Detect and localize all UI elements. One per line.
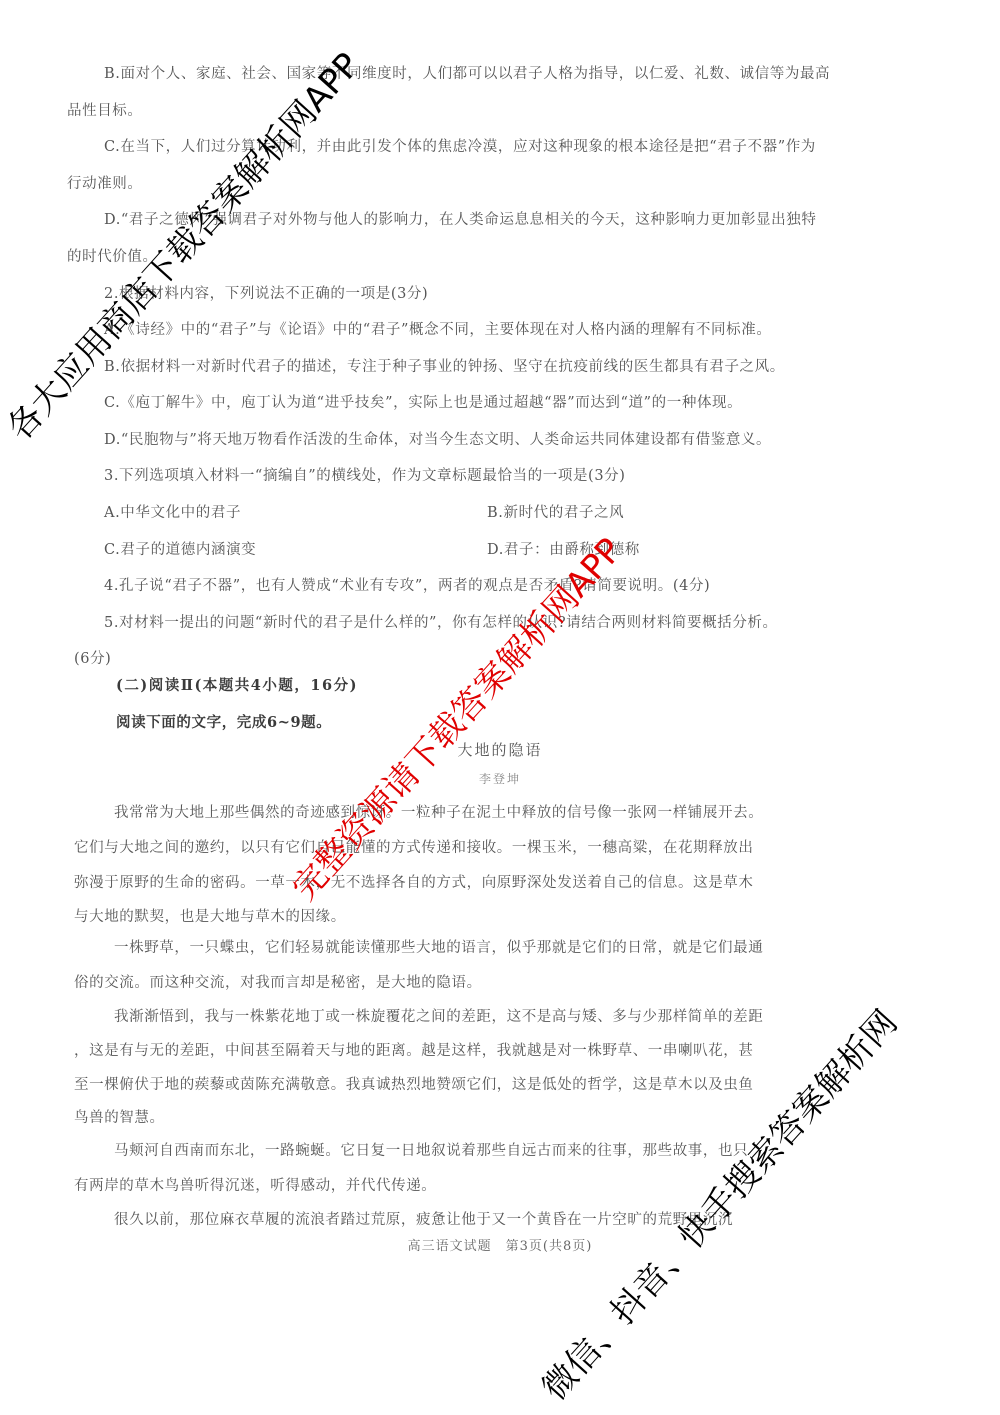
q2-option-c: C.《庖丁解牛》中，庖丁认为道“进乎技矣”，实际上也是通过超越“器”而达到“道”…: [104, 393, 979, 413]
article-line: 马颊河自西南而东北，一路蜿蜒。它日复一日地叙说着那些自远古而来的往事，那些故事，…: [114, 1141, 989, 1161]
section-heading: (二)阅读Ⅱ(本题共4小题，16分): [116, 676, 991, 696]
article-line: 鸟兽的智慧。: [74, 1108, 949, 1128]
q3-option-b: B.新时代的君子之风: [487, 503, 624, 523]
q1-option-d-cont: 的时代价值。: [67, 247, 942, 267]
article-title: 大地的隐语: [0, 739, 1000, 760]
article-line: 很久以前，那位麻衣草履的流浪者踏过荒原，疲惫让他于又一个黄昏在一片空旷的荒野里沉…: [114, 1210, 989, 1230]
article-line: 我常常为大地上那些偶然的奇迹感到惊讶。一粒种子在泥土中释放的信号像一张网一样铺展…: [114, 803, 989, 823]
article-line: 与大地的默契，也是大地与草木的因缘。: [74, 907, 949, 927]
article-line: ，这是有与无的差距，中间甚至隔着天与地的距离。越是这样，我就越是对一株野草、一串…: [74, 1041, 949, 1061]
q4-stem: 4.孔子说“君子不器”，也有人赞成“术业有专攻”，两者的观点是否矛盾?请简要说明…: [104, 576, 979, 596]
q1-option-b: B.面对个人、家庭、社会、国家等不同维度时，人们都可以以君子人格为指导，以仁爱、…: [104, 64, 979, 84]
q1-option-b-cont: 品性目标。: [67, 101, 942, 121]
section-instruction: 阅读下面的文字，完成6~9题。: [116, 713, 991, 733]
exam-page: B.面对个人、家庭、社会、国家等不同维度时，人们都可以以君子人格为指导，以仁爱、…: [0, 0, 1000, 1415]
q3-option-a: A.中华文化中的君子: [104, 503, 241, 523]
article-line: 一株野草，一只蝶虫，它们轻易就能读懂那些大地的语言，似乎那就是它们的日常，就是它…: [114, 938, 989, 958]
q3-option-c: C.君子的道德内涵演变: [104, 540, 256, 560]
q5-points: (6分): [74, 649, 949, 669]
q1-option-d: D.“君子之德风”强调君子对外物与他人的影响力，在人类命运息息相关的今天，这种影…: [104, 210, 979, 230]
q2-option-b: B.依据材料一对新时代君子的描述，专注于种子事业的钟扬、坚守在抗疫前线的医生都具…: [104, 357, 979, 377]
article-line: 有两岸的草木鸟兽听得沉迷，听得感动，并代代传递。: [74, 1176, 949, 1196]
q2-option-a: A.《诗经》中的“君子”与《论语》中的“君子”概念不同，主要体现在对人格内涵的理…: [104, 320, 979, 340]
article-line: 我渐渐悟到，我与一株紫花地丁或一株旋覆花之间的差距，这不是高与矮、多与少那样简单…: [114, 1007, 989, 1027]
q2-stem: 2.根据材料内容，下列说法不正确的一项是(3分): [104, 284, 979, 304]
q3-option-d: D.君子：由爵称到德称: [487, 540, 640, 560]
article-line: 它们与大地之间的邀约，以只有它们自己能懂的方式传递和接收。一棵玉米，一穗高粱，在…: [74, 838, 949, 858]
q1-option-c: C.在当下，人们过分算计功利，并由此引发个体的焦虑冷漠，应对这种现象的根本途径是…: [104, 137, 979, 157]
article-author: 李登坤: [0, 770, 1000, 787]
page-footer: 高三语文试题 第3页(共8页): [0, 1235, 1000, 1254]
article-line: 俗的交流。而这种交流，对我而言却是秘密，是大地的隐语。: [74, 973, 949, 993]
q5-stem: 5.对材料一提出的问题“新时代的君子是什么样的”，你有怎样的认识?请结合两则材料…: [104, 613, 979, 633]
q2-option-d: D.“民胞物与”将天地万物看作活泼的生命体，对当今生态文明、人类命运共同体建设都…: [104, 430, 979, 450]
q1-option-c-cont: 行动准则。: [67, 174, 942, 194]
q3-stem: 3.下列选项填入材料一“摘编自”的横线处，作为文章标题最恰当的一项是(3分): [104, 466, 979, 486]
article-line: 弥漫于原野的生命的密码。一草一木，无不选择各自的方式，向原野深处发送着自己的信息…: [74, 873, 949, 893]
article-line: 至一棵俯伏于地的蒺藜或茵陈充满敬意。我真诚热烈地赞颂它们，这是低处的哲学，这是草…: [74, 1075, 949, 1095]
